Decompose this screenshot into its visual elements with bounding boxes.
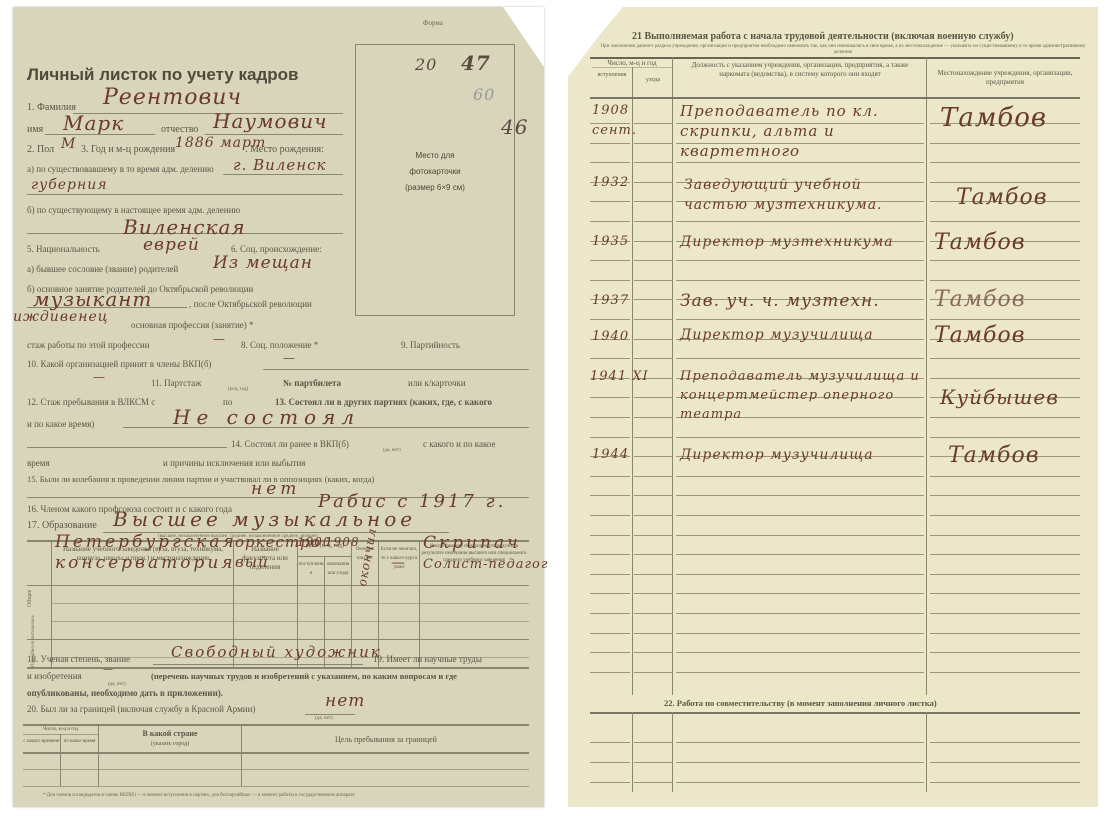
sex-label: 2. Пол: [27, 144, 54, 155]
inventions-hint: (да, нет): [108, 682, 126, 687]
candidate-card-label: или к/карточки: [408, 378, 466, 388]
institution-value: консерватория: [55, 553, 236, 573]
job-entry-date: 1940: [592, 329, 629, 344]
archive-mark-3: 60: [473, 85, 495, 104]
party-tenure-label: 11. Партстаж: [151, 378, 201, 388]
job-position: Директор музтехникума: [680, 234, 894, 250]
section-22-title: 22. Работа по совместительству (в момент…: [664, 698, 937, 708]
abroad-label: 20. Был ли за границей (включая службу в…: [27, 704, 255, 714]
abroad-date-header: Число, м-ц и год: [23, 725, 98, 734]
form-label: Форма: [423, 19, 443, 27]
job-position: Преподаватель музучилища и концертмейсте…: [680, 367, 920, 424]
exclusion-reason-label: и причины исключения или выбытия: [163, 458, 305, 468]
scientific-works-label: 19. Имеет ли научные труды: [373, 654, 482, 664]
job-entry-date: 1935: [592, 234, 629, 249]
job-location: Тамбов: [940, 103, 1047, 133]
job-location: Тамбов: [934, 230, 1026, 255]
work-experience-label: стаж работы по этой профессии: [27, 340, 149, 350]
education-label: 17. Образование: [27, 520, 97, 531]
nationality-value: еврей: [143, 235, 200, 255]
name-label: имя: [27, 124, 43, 135]
vkpb-org-value: —: [283, 351, 296, 365]
job-entry-date: 1941 XI: [590, 369, 649, 384]
col-entry: вступления: [592, 71, 632, 79]
birth-label: 3. Год и м-ц рождения: [81, 144, 175, 155]
nationality-label: 5. Национальность: [27, 244, 100, 254]
archive-mark-1: 20: [415, 55, 437, 74]
job-location: Тамбов: [948, 443, 1040, 468]
birthplace-label: . Место рождения:: [245, 144, 324, 155]
job-position: Зав. уч. ч. музтехн.: [680, 291, 880, 311]
job-position: Преподаватель по кл. скрипки, альта и кв…: [680, 101, 920, 161]
abroad-hint: (да, нет): [315, 716, 333, 721]
section-21-title: 21 Выполняемая работа с начала трудовой …: [632, 31, 1014, 42]
photo-label-1: Место для: [356, 151, 514, 160]
degree-label: 18. Ученая степень, звание: [27, 654, 130, 664]
surname-value: Реентович: [103, 85, 242, 110]
job-entry-date: 1932: [592, 175, 629, 190]
institution-value: Петербургская: [55, 532, 237, 552]
party-label: 9. Партийность: [401, 340, 460, 350]
party-tenure-hint: (м-ц, год): [228, 387, 248, 392]
page-title: Личный листок по учету кадров: [27, 65, 298, 85]
personnel-form-back: 21 Выполняемая работа с начала трудовой …: [568, 7, 1098, 807]
col-location: Местонахождение учреждения, организации,…: [930, 69, 1080, 87]
abroad-country-hint: (указать город): [99, 740, 241, 749]
sex-value: М: [61, 136, 76, 152]
vkpb-org-label: 10. Какой организацией принят в члены ВК…: [27, 359, 211, 369]
komsomol-label: 12. Стаж пребывания в ВЛКСМ с: [27, 397, 155, 407]
inventions-label: и изобретения: [27, 671, 82, 681]
name-value: Марк: [63, 111, 124, 135]
abroad-country-header: В какой стране: [99, 729, 241, 738]
party-card-label: № партбилета: [283, 378, 341, 388]
abroad-from-header: с какого времени: [23, 737, 60, 746]
former-vkpb-period-label: с какого и по какое: [423, 439, 496, 449]
specialty-value: Солист-педагог: [423, 557, 548, 572]
former-vkpb-hint: (да, нет): [383, 448, 401, 453]
time-label: время: [27, 458, 50, 468]
job-entry-date: 1908 сент.: [592, 101, 632, 141]
birthplace-a-label: а) по существовавшему в то время адм. де…: [27, 164, 214, 174]
photo-label-3: (размер 6×9 см): [356, 183, 514, 192]
specialty-value: Скрипач: [423, 533, 521, 553]
abroad-value: нет: [325, 691, 365, 711]
opposition-value: нет: [251, 479, 300, 499]
job-entry-date: 1944: [592, 447, 629, 462]
parents-estate-value: Из мещан: [213, 253, 313, 273]
job-entry-date: 1937: [592, 293, 629, 308]
exit-value: 1908: [325, 535, 360, 549]
job-location: Тамбов: [956, 185, 1048, 210]
social-position-label: 8. Соц. положение *: [241, 340, 318, 350]
patronymic-value: Наумович: [213, 109, 328, 133]
job-location: Тамбов: [934, 287, 1026, 312]
faculty-value: вый: [235, 553, 269, 571]
other-parties-label-2: и по какое время): [27, 419, 94, 429]
former-vkpb-label: 14. Состоял ли ранее в ВКП(б): [231, 439, 349, 449]
parents-occupation-value: музыкант: [33, 287, 152, 311]
main-profession-label: основная профессия (занятие) *: [131, 320, 254, 330]
course-value: —: [391, 555, 406, 571]
inventions-value: —: [103, 664, 114, 675]
abroad-purpose-header: Цель пребывания за границей: [243, 735, 529, 744]
party-tenure-value: —: [93, 370, 106, 384]
col-exit: ухода: [634, 75, 672, 85]
job-position: Заведующий учебной частью музтехникума.: [684, 175, 884, 215]
birthplace-b-label: б) по существующему в настоящее время ад…: [27, 205, 240, 215]
birthplace-a-value: г. Виленск: [233, 156, 326, 174]
abroad-to-header: по какое время: [61, 737, 98, 746]
personnel-form-front: Форма Личный листок по учету кадров Мест…: [13, 7, 544, 807]
col-entry: поступления: [298, 560, 324, 578]
col-date: Число, м-ц и год: [592, 58, 672, 68]
work-experience-value: —: [213, 332, 226, 346]
archive-mark-2: 47: [461, 51, 491, 75]
inventions-note: (перечень научных трудов и изобретений с…: [151, 671, 457, 681]
section-21-note: При заполнении данного раздела учреждени…: [598, 44, 1088, 56]
col-exit: окончания или ухода: [325, 560, 351, 578]
archive-mark-4: 46: [501, 115, 528, 139]
degree-value: Свободный художник: [171, 643, 382, 661]
main-profession-value: иждивенец: [13, 309, 109, 325]
job-position: Директор музучилища: [680, 327, 874, 343]
after-revolution-label: , после Октябрьской революции: [189, 299, 312, 309]
birthplace-a-value-2: губерния: [31, 177, 108, 193]
photo-label-2: фотокарточки: [356, 167, 514, 176]
job-location: Куйбышев: [940, 385, 1059, 409]
patronymic-label: отчество: [161, 124, 198, 135]
opposition-label: 15. Были ли колебания в проведении линии…: [27, 474, 374, 484]
parents-estate-label: а) бывшее сословие (звание) родителей: [27, 264, 178, 274]
other-parties-value: Не состоял: [173, 405, 360, 429]
job-location: Тамбов: [934, 323, 1026, 348]
job-position: Директор музучилища: [680, 447, 874, 463]
inventions-note-2: опубликованы, необходимо дать в приложен…: [27, 688, 223, 698]
col-position: Должность с указанием учреждения, органи…: [680, 61, 920, 79]
footnote: * Для членов и кандидатов в члены ВКП(б)…: [43, 793, 355, 798]
group-general-label: Общее: [27, 590, 33, 607]
